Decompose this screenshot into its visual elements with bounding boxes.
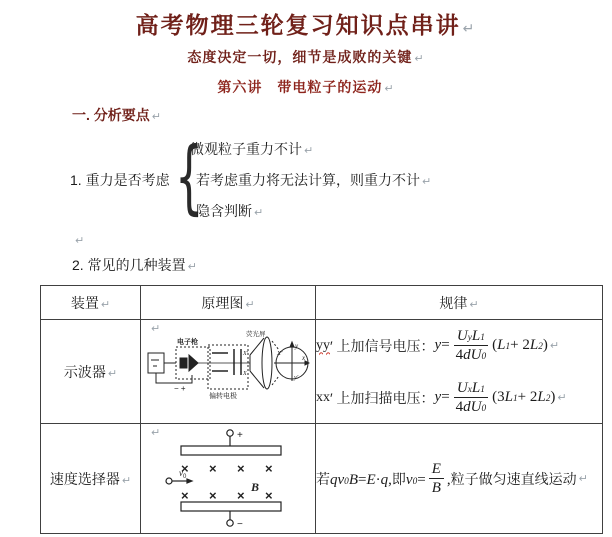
table-row-velocity-selector: 速度选择器↵ ↵ + −: [41, 424, 603, 534]
formula-lhs: y =: [435, 337, 450, 354]
device-cell-oscilloscope: 示波器↵: [41, 320, 141, 424]
section-1-text: 一. 分析要点: [72, 107, 150, 123]
item-1-label: 1. 重力是否考虑: [70, 170, 170, 190]
fraction-denominator: 4dU0: [453, 398, 490, 416]
paragraph-mark-icon: ↵: [463, 21, 477, 37]
item-2-label: 2. 常见的几种装置↵: [72, 255, 197, 275]
brace-line-bottom-text: 隐含判断: [196, 203, 252, 219]
paragraph-mark-icon: ↵: [550, 339, 559, 352]
table-header-row: 装置↵ 原理图↵ 规律↵: [41, 286, 603, 320]
b-field-cross-icon: ×: [237, 488, 245, 503]
header-rule-text: 规律: [439, 295, 467, 311]
plates-label: 偏转电极: [209, 391, 237, 400]
fraction: UyL14dU0: [453, 328, 490, 364]
formula-lhs: y =: [435, 389, 450, 406]
paragraph-mark-icon: ↵: [152, 110, 161, 123]
brace-line-top-text: 微观粒子重力不计: [190, 141, 302, 157]
b-field-cross-icon: ×: [209, 488, 217, 503]
paragraph-mark-icon: ↵: [188, 260, 197, 273]
paragraph-mark-icon: ↵: [101, 298, 110, 311]
fraction-denominator: 4dU0: [453, 346, 490, 364]
device-name-text: 速度选择器: [50, 471, 120, 487]
item-1-text: 1. 重力是否考虑: [70, 172, 170, 188]
formula-sweep-voltage: xx′ 上加扫描电压： y = UxL14dU0(3L1 + 2L2) ↵: [316, 380, 602, 416]
table-row-oscilloscope: 示波器↵ ↵: [41, 320, 603, 424]
formula-tail: (L1 + 2L2): [492, 337, 548, 354]
axis-x-prime-label: X′: [276, 350, 283, 357]
page-title-text: 高考物理三轮复习知识点串讲: [136, 12, 461, 38]
header-device-text: 装置: [71, 295, 99, 311]
fraction-numerator: UyL1: [454, 328, 488, 347]
paragraph-mark-icon: ↵: [122, 474, 131, 487]
header-device: 装置↵: [41, 286, 141, 320]
polarity-label: − +: [174, 384, 186, 393]
paragraph-mark-icon: ↵: [557, 391, 566, 404]
empty-paragraph: ↵: [73, 231, 84, 249]
paragraph-mark-icon: ↵: [245, 298, 254, 311]
xx-label: xx: [316, 390, 330, 406]
formula-tail: , 粒子做匀速直线运动: [447, 469, 577, 489]
b-field-cross-icon: ×: [237, 461, 245, 476]
paragraph-mark-icon: ↵: [469, 298, 478, 311]
paragraph-mark-icon: ↵: [151, 426, 160, 439]
b-field-cross-icon: ×: [265, 461, 273, 476]
b-field-cross-icon: ×: [209, 461, 217, 476]
document-page: 高考物理三轮复习知识点串讲↵ 态度决定一切，细节是成败的关键↵ 第六讲 带电粒子…: [0, 0, 612, 537]
paragraph-mark-icon: ↵: [108, 367, 117, 380]
section-1-heading: 一. 分析要点↵: [72, 105, 161, 125]
b-field-cross-icon: ×: [181, 488, 189, 503]
formula-signal-voltage: yy′ 上加信号电压： y = UyL14dU0(L1 + 2L2) ↵: [316, 328, 602, 364]
paragraph-mark-icon: ↵: [151, 322, 160, 335]
lecture-heading-text: 第六讲 带电粒子的运动: [217, 79, 382, 95]
device-cell-velocity-selector: 速度选择器↵: [41, 424, 141, 534]
item-2-text: 2. 常见的几种装置: [72, 257, 186, 273]
page-subtitle-text: 态度决定一切，细节是成败的关键: [187, 49, 412, 65]
paragraph-mark-icon: ↵: [414, 52, 424, 65]
formula-velocity-selector: 若 qv0B = E · q, 即 v0 = EB, 粒子做匀速直线运动 ↵: [316, 461, 602, 497]
fraction: EB: [429, 461, 444, 497]
brace-line-top: 微观粒子重力不计↵: [190, 139, 313, 159]
gun-label: 电子枪: [177, 337, 198, 346]
axis-y-prime-label: y′: [293, 374, 299, 381]
brace-line-middle-text: 若考虑重力将无法计算，则重力不计: [196, 172, 420, 188]
devices-table: 装置↵ 原理图↵ 规律↵ 示波器↵ ↵: [40, 285, 603, 534]
minus-terminal-label: −: [237, 519, 243, 528]
paragraph-mark-icon: ↵: [422, 175, 431, 188]
velocity-selector-diagram: + − × × × × × × × × B v0: [163, 426, 293, 528]
lecture-heading: 第六讲 带电粒子的运动↵: [0, 77, 612, 97]
formula-lhs: 若 qv0B = E · q, 即 v0 =: [316, 469, 426, 489]
rule-cell-velocity-selector: 若 qv0B = E · q, 即 v0 = EB, 粒子做匀速直线运动 ↵: [316, 424, 603, 534]
signal-voltage-text: ′ 上加信号电压：: [330, 336, 435, 356]
brace-line-middle: 若考虑重力将无法计算，则重力不计↵: [196, 170, 431, 190]
schematic-cell-oscilloscope: ↵: [141, 320, 316, 424]
sweep-voltage-text: ′ 上加扫描电压：: [330, 388, 435, 408]
rule-cell-oscilloscope: yy′ 上加信号电压： y = UyL14dU0(L1 + 2L2) ↵ xx′…: [316, 320, 603, 424]
schematic-cell-velocity-selector: ↵ + − × ×: [141, 424, 316, 534]
page-title: 高考物理三轮复习知识点串讲↵: [0, 7, 612, 40]
brace-line-bottom: 隐含判断↵: [196, 201, 263, 221]
yy-label: yy: [316, 338, 330, 354]
oscilloscope-diagram: 电子枪 偏转电极 荧光屏 − + X′ X y x X′ y′: [146, 325, 310, 415]
paragraph-mark-icon: ↵: [579, 472, 588, 485]
b-field-cross-icon: ×: [265, 488, 273, 503]
page-subtitle: 态度决定一切，细节是成败的关键↵: [0, 47, 612, 67]
paragraph-mark-icon: ↵: [304, 144, 313, 157]
screen-label: 荧光屏: [246, 329, 266, 338]
plus-terminal-label: +: [237, 430, 243, 441]
header-rule: 规律↵: [316, 286, 603, 320]
plate-x-label: X: [242, 371, 247, 377]
fraction-denominator: B: [429, 479, 444, 497]
formula-tail: (3L1 + 2L2): [492, 389, 555, 406]
paragraph-mark-icon: ↵: [75, 234, 84, 247]
plate-x-prime-label: X′: [242, 351, 249, 357]
paragraph-mark-icon: ↵: [254, 206, 263, 219]
fraction: UxL14dU0: [453, 380, 490, 416]
paragraph-mark-icon: ↵: [384, 82, 394, 95]
b-field-label: B: [250, 480, 259, 494]
fraction-numerator: UxL1: [454, 380, 488, 399]
header-schematic: 原理图↵: [141, 286, 316, 320]
fraction-numerator: E: [429, 461, 444, 480]
header-schematic-text: 原理图: [201, 295, 243, 311]
device-name-text: 示波器: [64, 364, 106, 380]
